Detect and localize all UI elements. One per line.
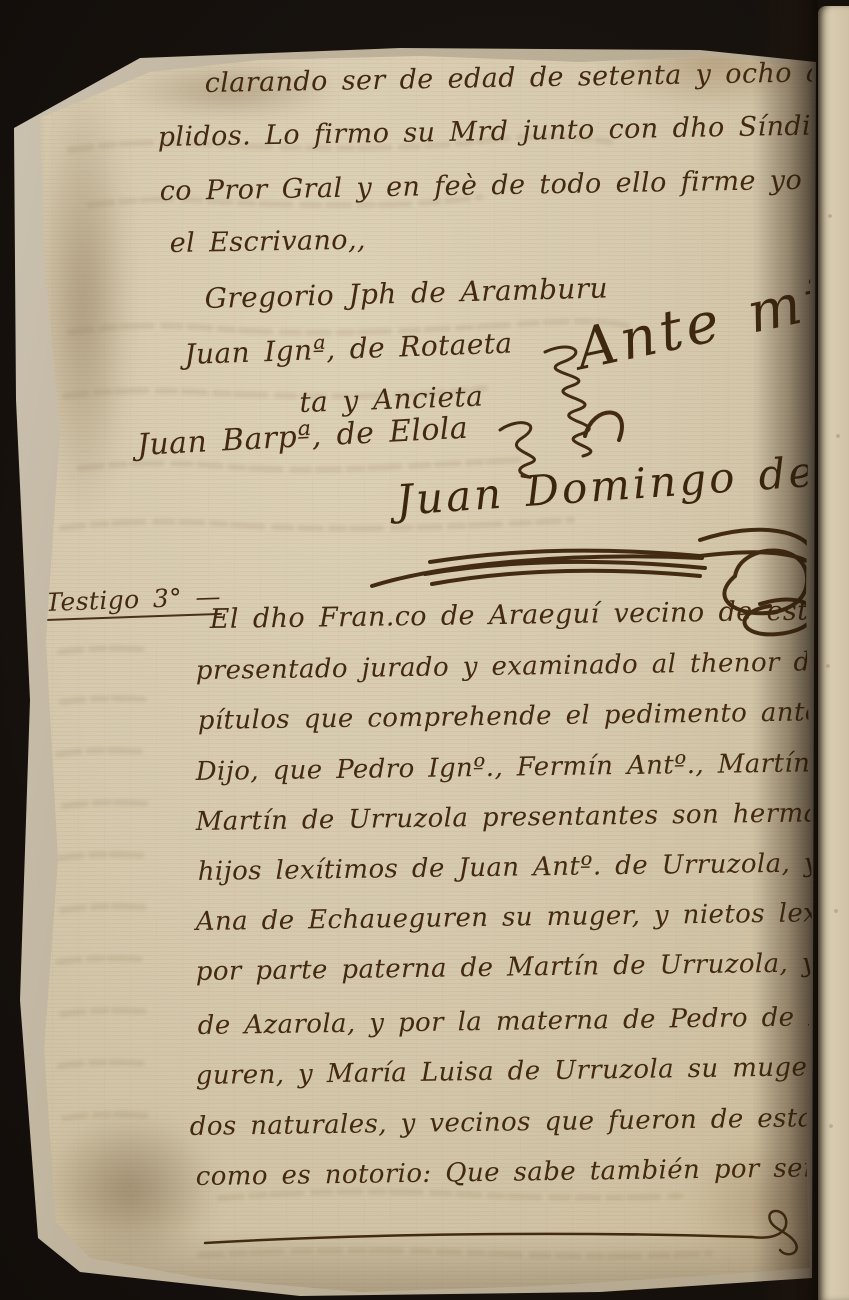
paper-edge-shading: [0, 0, 849, 1300]
manuscript-photo: clarando ser de edad de setenta y ocho a…: [0, 0, 849, 1300]
adjacent-page-edge: [818, 6, 849, 1300]
manuscript-page: clarando ser de edad de setenta y ocho a…: [0, 0, 849, 1300]
adjacent-page-ink-specks: [818, 6, 849, 1300]
